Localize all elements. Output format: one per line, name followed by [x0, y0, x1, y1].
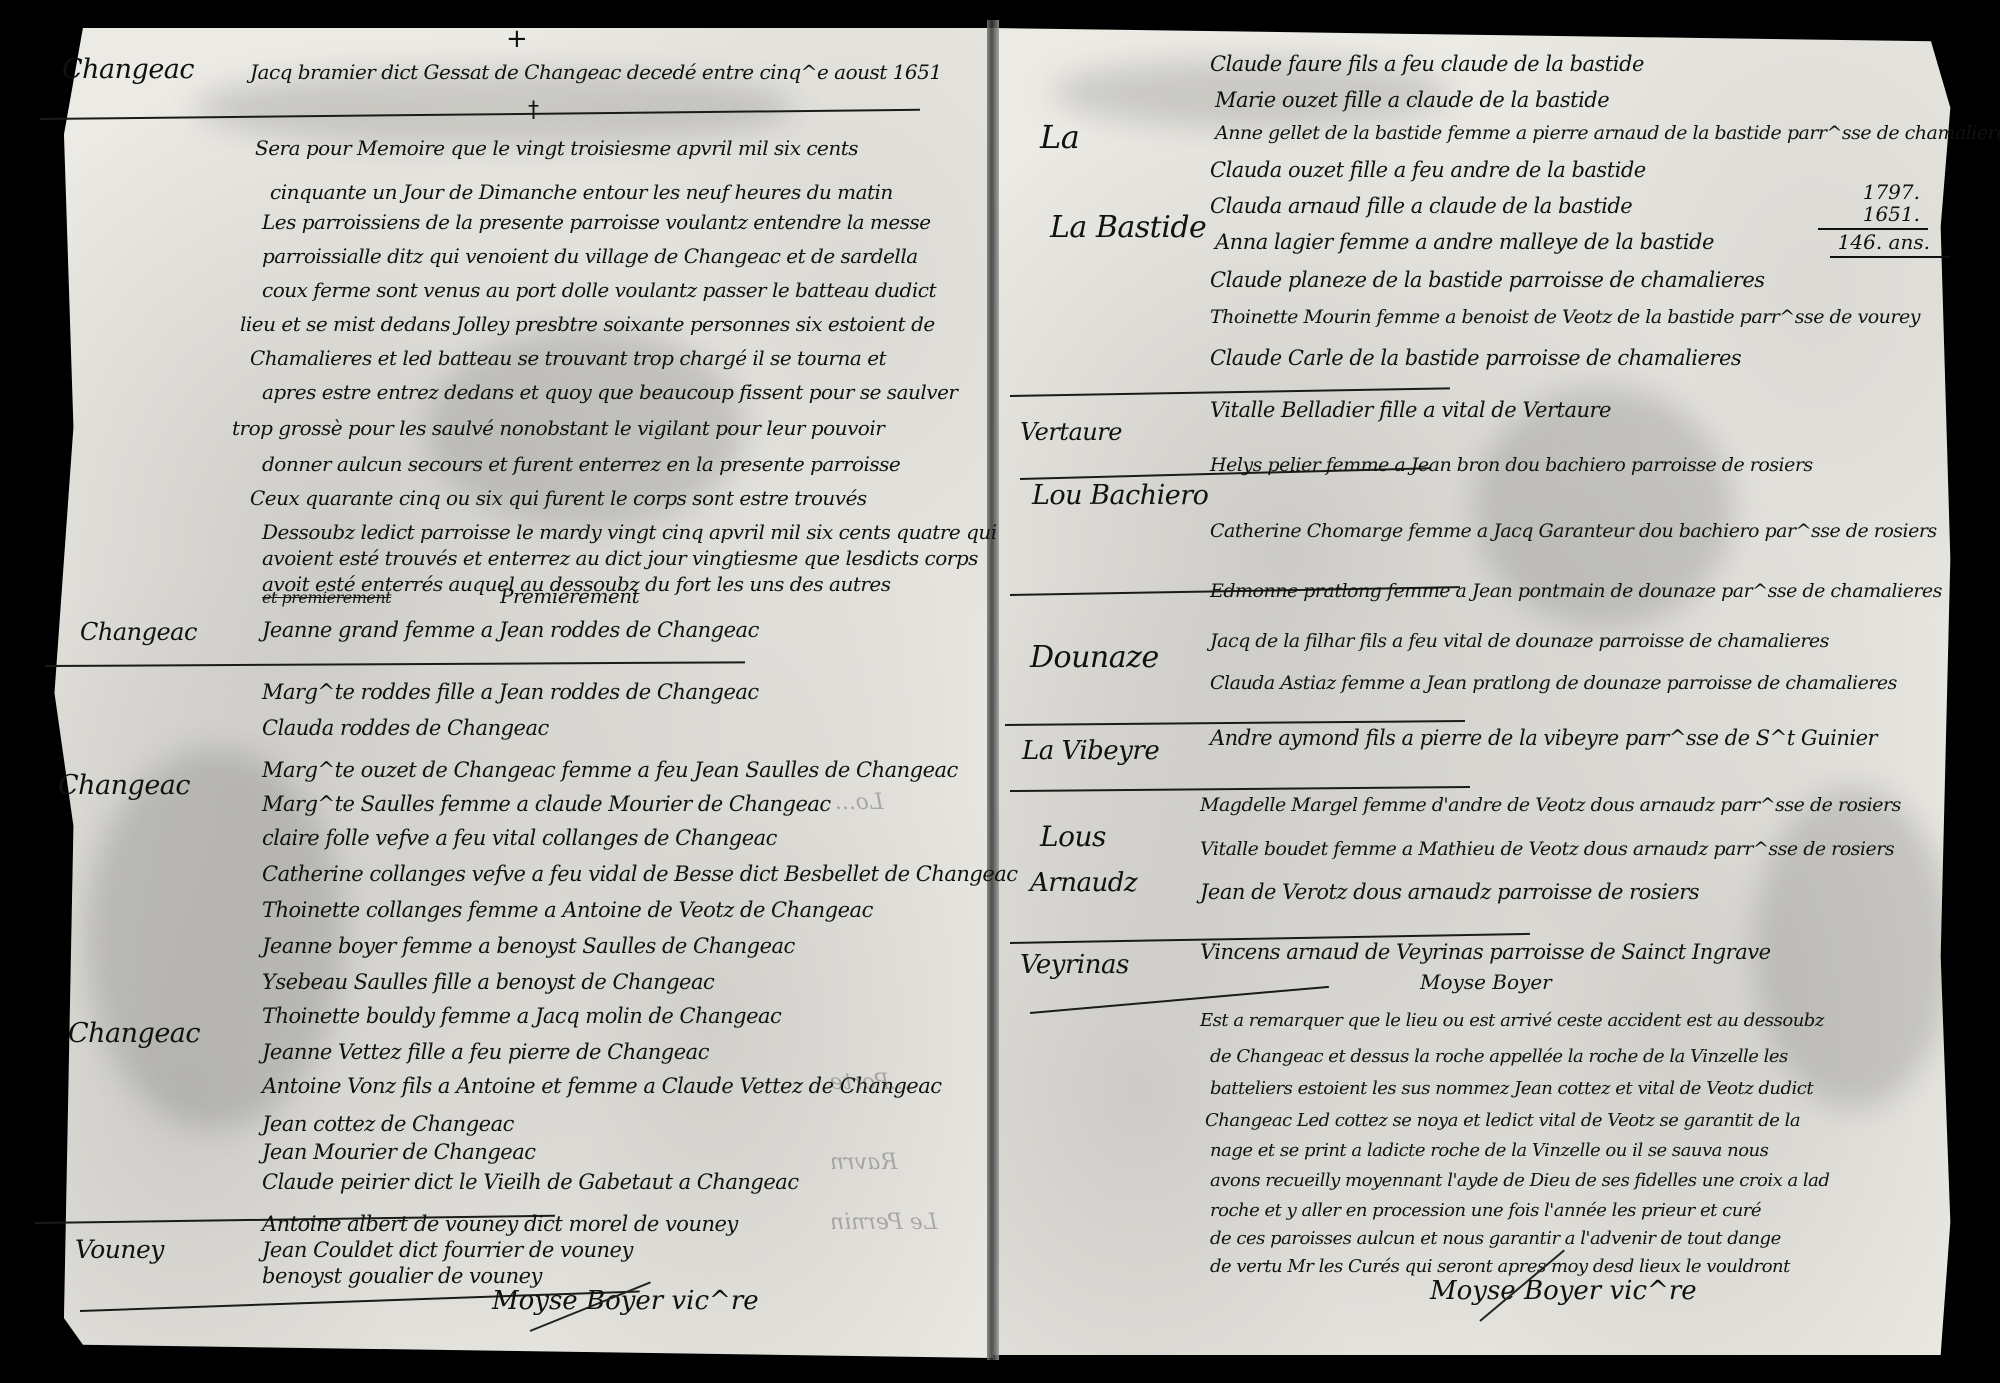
memo-line: Ceux quarante cinq ou six qui furent le … [250, 486, 867, 510]
memo-line: donner aulcun secours et furent enterrez… [262, 452, 900, 476]
memo-line: coux ferme sont venus au port dolle voul… [262, 278, 936, 302]
premierement-label: Premierement [500, 584, 639, 608]
memo-line-struck: et premierement [262, 588, 391, 607]
memo-line: cinquante un Jour de Dimanche entour les… [270, 180, 893, 204]
register-entry: Vincens arnaud de Veyrinas parroisse de … [1200, 940, 1771, 964]
register-entry: Magdelle Margel femme d'andre de Veotz d… [1200, 794, 1901, 816]
register-entry: Catherine Chomarge femme a Jacq Garanteu… [1210, 520, 1937, 542]
margin-label-changeac: Changeac [62, 54, 194, 85]
register-entry: Jacq de la filhar fils a feu vital de do… [1210, 630, 1829, 652]
register-entry: claire folle vefve a feu vital collanges… [262, 826, 777, 850]
register-entry: Jeanne boyer femme a benoyst Saulles de … [262, 934, 795, 958]
remark-line: batteliers estoient les sus nommez Jean … [1210, 1078, 1813, 1099]
remark-line: Changeac Led cottez se noya et ledict vi… [1205, 1110, 1800, 1131]
bleed-through-text: ...Porte [830, 1070, 911, 1095]
register-entry: Ysebeau Saulles fille a benoyst de Chang… [262, 970, 714, 994]
register-entry: Jeanne grand femme a Jean roddes de Chan… [262, 618, 759, 642]
margin-label-veyrinas: Veyrinas [1020, 950, 1129, 980]
margin-label-bastide: La Bastide [1050, 210, 1206, 245]
register-entry: Claude Carle de la bastide parroisse de … [1210, 346, 1741, 370]
memo-line: avoient esté trouvés et enterrez au dict… [262, 546, 978, 570]
register-entry: Marg^te ouzet de Changeac femme a feu Je… [262, 758, 958, 782]
margin-label-changeac: Changeac [58, 770, 190, 801]
register-entry: benoyst goualier de vouney [262, 1264, 542, 1288]
memo-line: Sera pour Memoire que le vingt troisiesm… [255, 136, 858, 160]
register-entry: Jean Mourier de Changeac [262, 1140, 535, 1164]
register-entry: Catherine collanges vefve a feu vidal de… [262, 862, 1018, 886]
register-entry: Antoine albert de vouney dict morel de v… [262, 1212, 738, 1236]
remark-line: avons recueilly moyennant l'ayde de Dieu… [1210, 1170, 1829, 1191]
register-entry: Anna lagier femme a andre malleye de la … [1215, 230, 1714, 254]
memo-line: trop grossè pour les saulvé nonobstant l… [232, 416, 884, 440]
margin-label-vouney: Vouney [75, 1235, 164, 1264]
register-entry: Edmonne pratlong femme a Jean pontmain d… [1210, 580, 1942, 602]
register-entry: Jean de Verotz dous arnaudz parroisse de… [1200, 880, 1699, 904]
remark-line: de Changeac et dessus la roche appellée … [1210, 1046, 1788, 1067]
register-entry: Thoinette Mourin femme a benoist de Veot… [1210, 306, 1920, 328]
register-entry: Jeanne Vettez fille a feu pierre de Chan… [262, 1040, 709, 1064]
bleed-through-text: Lo... [835, 790, 883, 815]
register-entry: Claude faure fils a feu claude de la bas… [1210, 52, 1644, 76]
margin-label-la: La [1040, 118, 1079, 156]
remark-line: roche et y aller en procession une fois … [1210, 1200, 1761, 1221]
remark-line: de vertu Mr les Curés qui seront apres m… [1210, 1256, 1790, 1277]
register-entry: Andre aymond fils a pierre de la vibeyre… [1210, 726, 1877, 750]
margin-label-la-vibeyre: La Vibeyre [1022, 736, 1159, 766]
calc-underline [1830, 256, 1950, 258]
register-entry: Vitalle Belladier fille a vital de Verta… [1210, 398, 1611, 422]
register-entry: Clauda ouzet fille a feu andre de la bas… [1210, 158, 1646, 182]
bleed-through-text: Ravrn [830, 1150, 897, 1175]
margin-label-lou-bachiero: Lou Bachiero [1032, 480, 1208, 511]
vicar-signature: Moyse Boyer vic^re [1430, 1276, 1697, 1306]
binding-spine [987, 20, 999, 1360]
register-entry: Vitalle boudet femme a Mathieu de Veotz … [1200, 838, 1894, 860]
bleed-through-text: Le Pernin [830, 1210, 937, 1235]
calc-year-1797: 1797. [1830, 180, 1920, 204]
memo-line: parroissialle ditz qui venoient du villa… [262, 244, 918, 268]
memo-line: apres estre entrez dedans et quoy que be… [262, 380, 957, 404]
margin-label-dounaze: Dounaze [1030, 640, 1159, 675]
memo-line: Chamalieres et led batteau se trouvant t… [250, 346, 886, 370]
register-entry: Claude peirier dict le Vieilh de Gabetau… [262, 1170, 799, 1194]
memo-line: lieu et se mist dedans Jolley presbtre s… [240, 312, 935, 336]
calc-year-1651: 1651. [1830, 202, 1920, 226]
remark-line: nage et se print a ladicte roche de la V… [1210, 1140, 1768, 1161]
margin-label-changeac: Changeac [80, 618, 197, 646]
register-spread: + Changeac Jacq bramier dict Gessat de C… [0, 0, 2000, 1383]
register-entry: Claude planeze de la bastide parroisse d… [1210, 268, 1765, 292]
register-entry: Clauda roddes de Changeac [262, 716, 549, 740]
register-entry: Jean Couldet dict fourrier de vouney [262, 1238, 633, 1262]
margin-label-changeac: Changeac [68, 1018, 200, 1049]
margin-label-arnaudz: Arnaudz [1030, 868, 1137, 898]
margin-label-vertaure: Vertaure [1020, 418, 1122, 446]
remark-line: Est a remarquer que le lieu ou est arriv… [1200, 1010, 1824, 1031]
register-entry: Clauda arnaud fille a claude de la basti… [1210, 194, 1632, 218]
register-entry: Marg^te roddes fille a Jean roddes de Ch… [262, 680, 759, 704]
cross-mark-icon: + [506, 24, 528, 54]
memo-line: Les parroissiens de la presente parroiss… [262, 210, 931, 234]
register-entry: Jean cottez de Changeac [262, 1112, 514, 1136]
cross-mark-icon: † [528, 98, 539, 123]
register-entry: Marg^te Saulles femme a claude Mourier d… [262, 792, 831, 816]
register-entry: Marie ouzet fille a claude de la bastide [1215, 88, 1609, 112]
register-entry: Helys pelier femme a Jean bron dou bachi… [1210, 454, 1813, 476]
register-entry: Thoinette bouldy femme a Jacq molin de C… [262, 1004, 781, 1028]
remark-line: de ces paroisses aulcun et nous garantir… [1210, 1228, 1781, 1249]
calc-result: 146. ans. [1830, 230, 1930, 254]
inline-signature: Moyse Boyer [1420, 970, 1552, 994]
register-entry: Thoinette collanges femme a Antoine de V… [262, 898, 873, 922]
memo-line: Dessoubz ledict parroisse le mardy vingt… [262, 520, 997, 544]
register-entry: Clauda Astiaz femme a Jean pratlong de d… [1210, 672, 1897, 694]
header-entry: Jacq bramier dict Gessat de Changeac dec… [250, 60, 942, 84]
register-entry: Anne gellet de la bastide femme a pierre… [1215, 122, 2000, 144]
margin-label-lous: Lous [1040, 820, 1106, 853]
